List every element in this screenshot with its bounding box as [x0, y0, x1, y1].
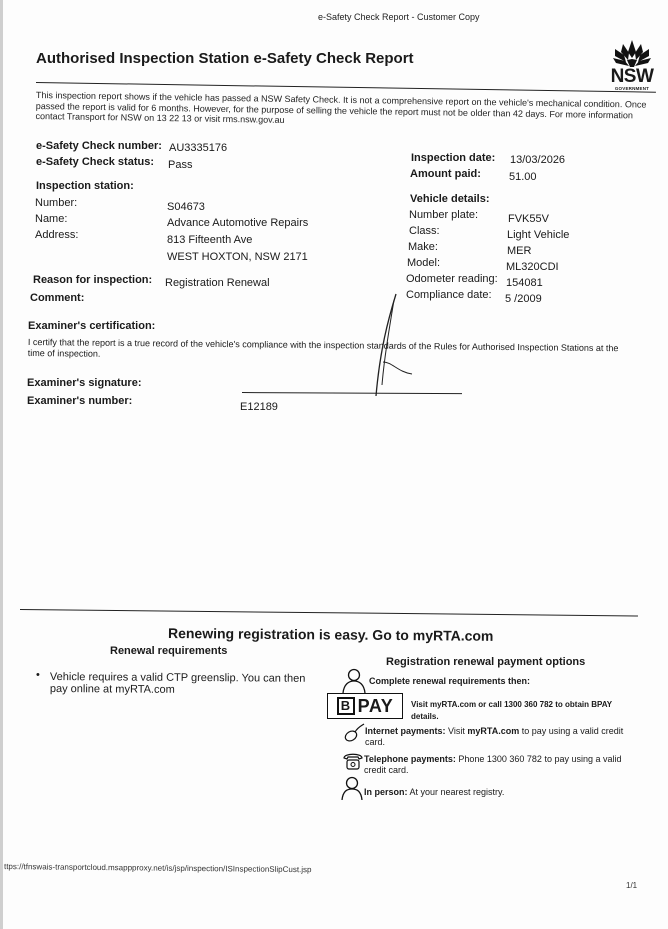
page-number: 1/1 [626, 881, 637, 890]
bpay-logo-text: PAY [358, 696, 394, 717]
internet-payments-text: Internet payments: Visit myRTA.com to pa… [365, 726, 640, 748]
in-person-label: In person: [364, 787, 408, 797]
bpay-text: Visit myRTA.com or call 1300 360 782 to … [411, 699, 631, 723]
bpay-b-icon: B [337, 697, 355, 715]
myrta-link[interactable]: myRTA.com [467, 726, 519, 736]
renewal-requirements-heading: Renewal requirements [110, 645, 227, 657]
internet-payments-label: Internet payments: [365, 726, 446, 736]
in-person-text: In person: At your nearest registry. [364, 787, 504, 797]
payment-options-heading: Registration renewal payment options [386, 656, 585, 668]
telephone-payments-label: Telephone payments: [364, 754, 456, 764]
handwritten-signature [0, 0, 668, 929]
requirement-item: Vehicle requires a valid CTP greenslip. … [50, 671, 320, 697]
bullet: • [36, 669, 40, 681]
bpay-logo: BPAY [327, 693, 403, 719]
renewal-headline: Renewing registration is easy. Go to myR… [168, 625, 494, 644]
person-icon [340, 776, 364, 800]
mouse-icon [343, 723, 365, 743]
complete-requirements-text: Complete renewal requirements then: [369, 676, 530, 686]
telephone-icon [342, 751, 364, 771]
telephone-payments-text: Telephone payments: Phone 1300 360 782 t… [364, 754, 639, 776]
person-icon [341, 668, 367, 694]
scanned-report-page: e-Safety Check Report - Customer Copy Au… [0, 0, 668, 929]
